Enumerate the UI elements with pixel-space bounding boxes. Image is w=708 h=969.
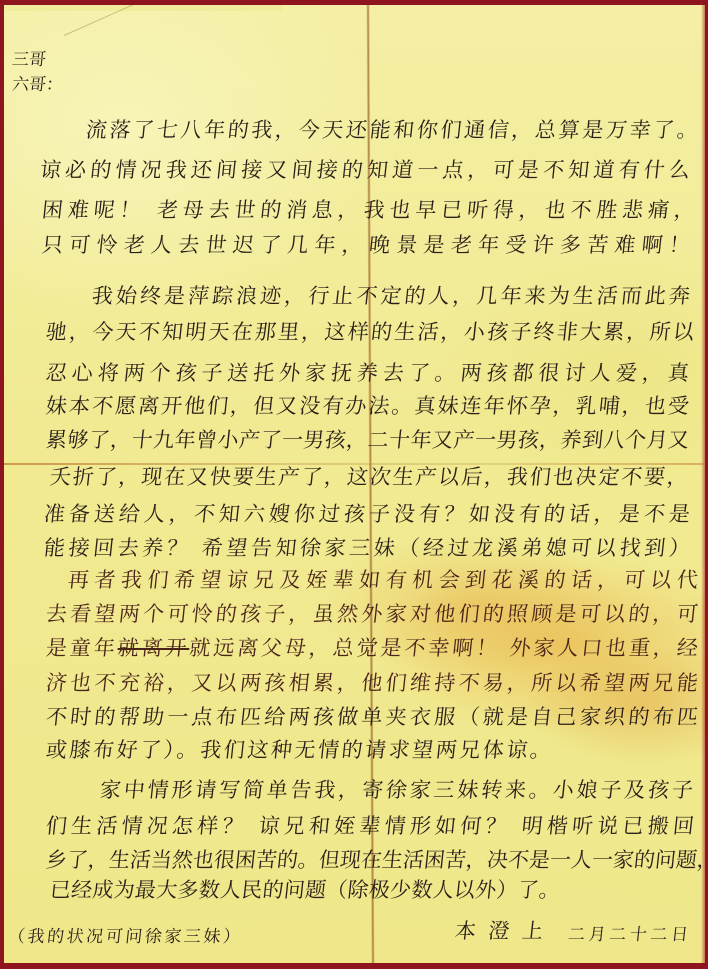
- letter-line: 困难呢！ 老母去世的消息，我也早已听得，也不胜悲痛，: [40, 195, 696, 225]
- letter-line: 或膝布好了）。我们这种无情的请求望两兄体谅。: [44, 735, 552, 765]
- letter-line: 再者我们希望谅兄及姪辈如有机会到花溪的话，可以代: [66, 565, 699, 595]
- letter-line: 已经成为最大多数人民的问题（除极少数人以外）了。: [48, 875, 561, 905]
- letter-line: 准备送给人，不知六嫂你过孩子没有？如没有的话，是不是: [42, 499, 691, 529]
- letter-line: 不时的帮助一点布匹给两孩做单夹衣服（就是自己家织的布匹: [44, 702, 699, 732]
- paper-right-edge: [701, 5, 705, 963]
- letter-line: 驰，今天不知明天在那里，这样的生活，小孩子终非大累，所以: [44, 317, 695, 347]
- paper-top-edge: [4, 5, 282, 11]
- postscript: （我的状况可问徐家三妹）: [6, 922, 241, 952]
- signature: 本澄上: [453, 916, 544, 946]
- letter-line: 能接回去养？ 希望告知徐家三妹（经过龙溪弟媳可以找到）: [42, 533, 691, 563]
- letter-line: 妹本不愿离开他们，但又没有办法。真妹连年怀孕，乳哺，也受: [44, 391, 690, 421]
- letter-line: 去看望两个可怜的孩子，虽然外家对他们的照顾是可以的，可: [44, 599, 699, 629]
- letter-line: 我始终是萍踪浪迹，行止不定的人，几年来为生活而此奔: [90, 281, 691, 311]
- letter-line: 夭折了，现在又快要生产了，这次生产以后，我们也决定不要，: [48, 462, 689, 492]
- struck-out-text: 就离开: [116, 636, 190, 660]
- salutation-line: 六哥：: [10, 70, 73, 100]
- letter-line: 累够了，十九年曾小产了一男孩，二十年又产一男孩，养到八个月又: [44, 425, 690, 455]
- letter-line: 谅必的情况我还间接又间接的知道一点，可是不知道有什么: [38, 155, 691, 185]
- letter-line: 们生活情况怎样？ 谅兄和姪辈情形如何？ 明楷听说已搬回: [44, 811, 695, 841]
- letter-line: 流落了七八年的我，今天还能和你们通信，总算是万幸了。: [84, 115, 699, 145]
- letter-line: 家中情形请写简单告我，寄徐家三妹转来。小娘子及孩子: [98, 775, 694, 805]
- letter-line: 济也不充裕，又以两孩相累，他们维持不易，所以希望两兄能: [44, 668, 699, 698]
- letter-text: 就远离父母，总觉是不幸啊！ 外家人口也重，经: [188, 636, 699, 660]
- letter-line: 忍心将两个孩子送托外家抚养去了。两孩都很讨人爱，真: [44, 358, 690, 388]
- letter-date: 二月二十二日: [566, 920, 689, 950]
- letter-text: 是童年: [45, 636, 119, 660]
- letter-line-with-correction: 是童年就离开就远离父母，总觉是不幸啊！ 外家人口也重，经: [44, 633, 699, 663]
- letter-line: 只可怜老人去世迟了几年，晚景是老年受许多苦难啊！: [40, 230, 691, 260]
- letter-line: 乡了，生活当然也很困苦的。但现在生活困苦，决不是一人一家的问题，: [44, 845, 700, 875]
